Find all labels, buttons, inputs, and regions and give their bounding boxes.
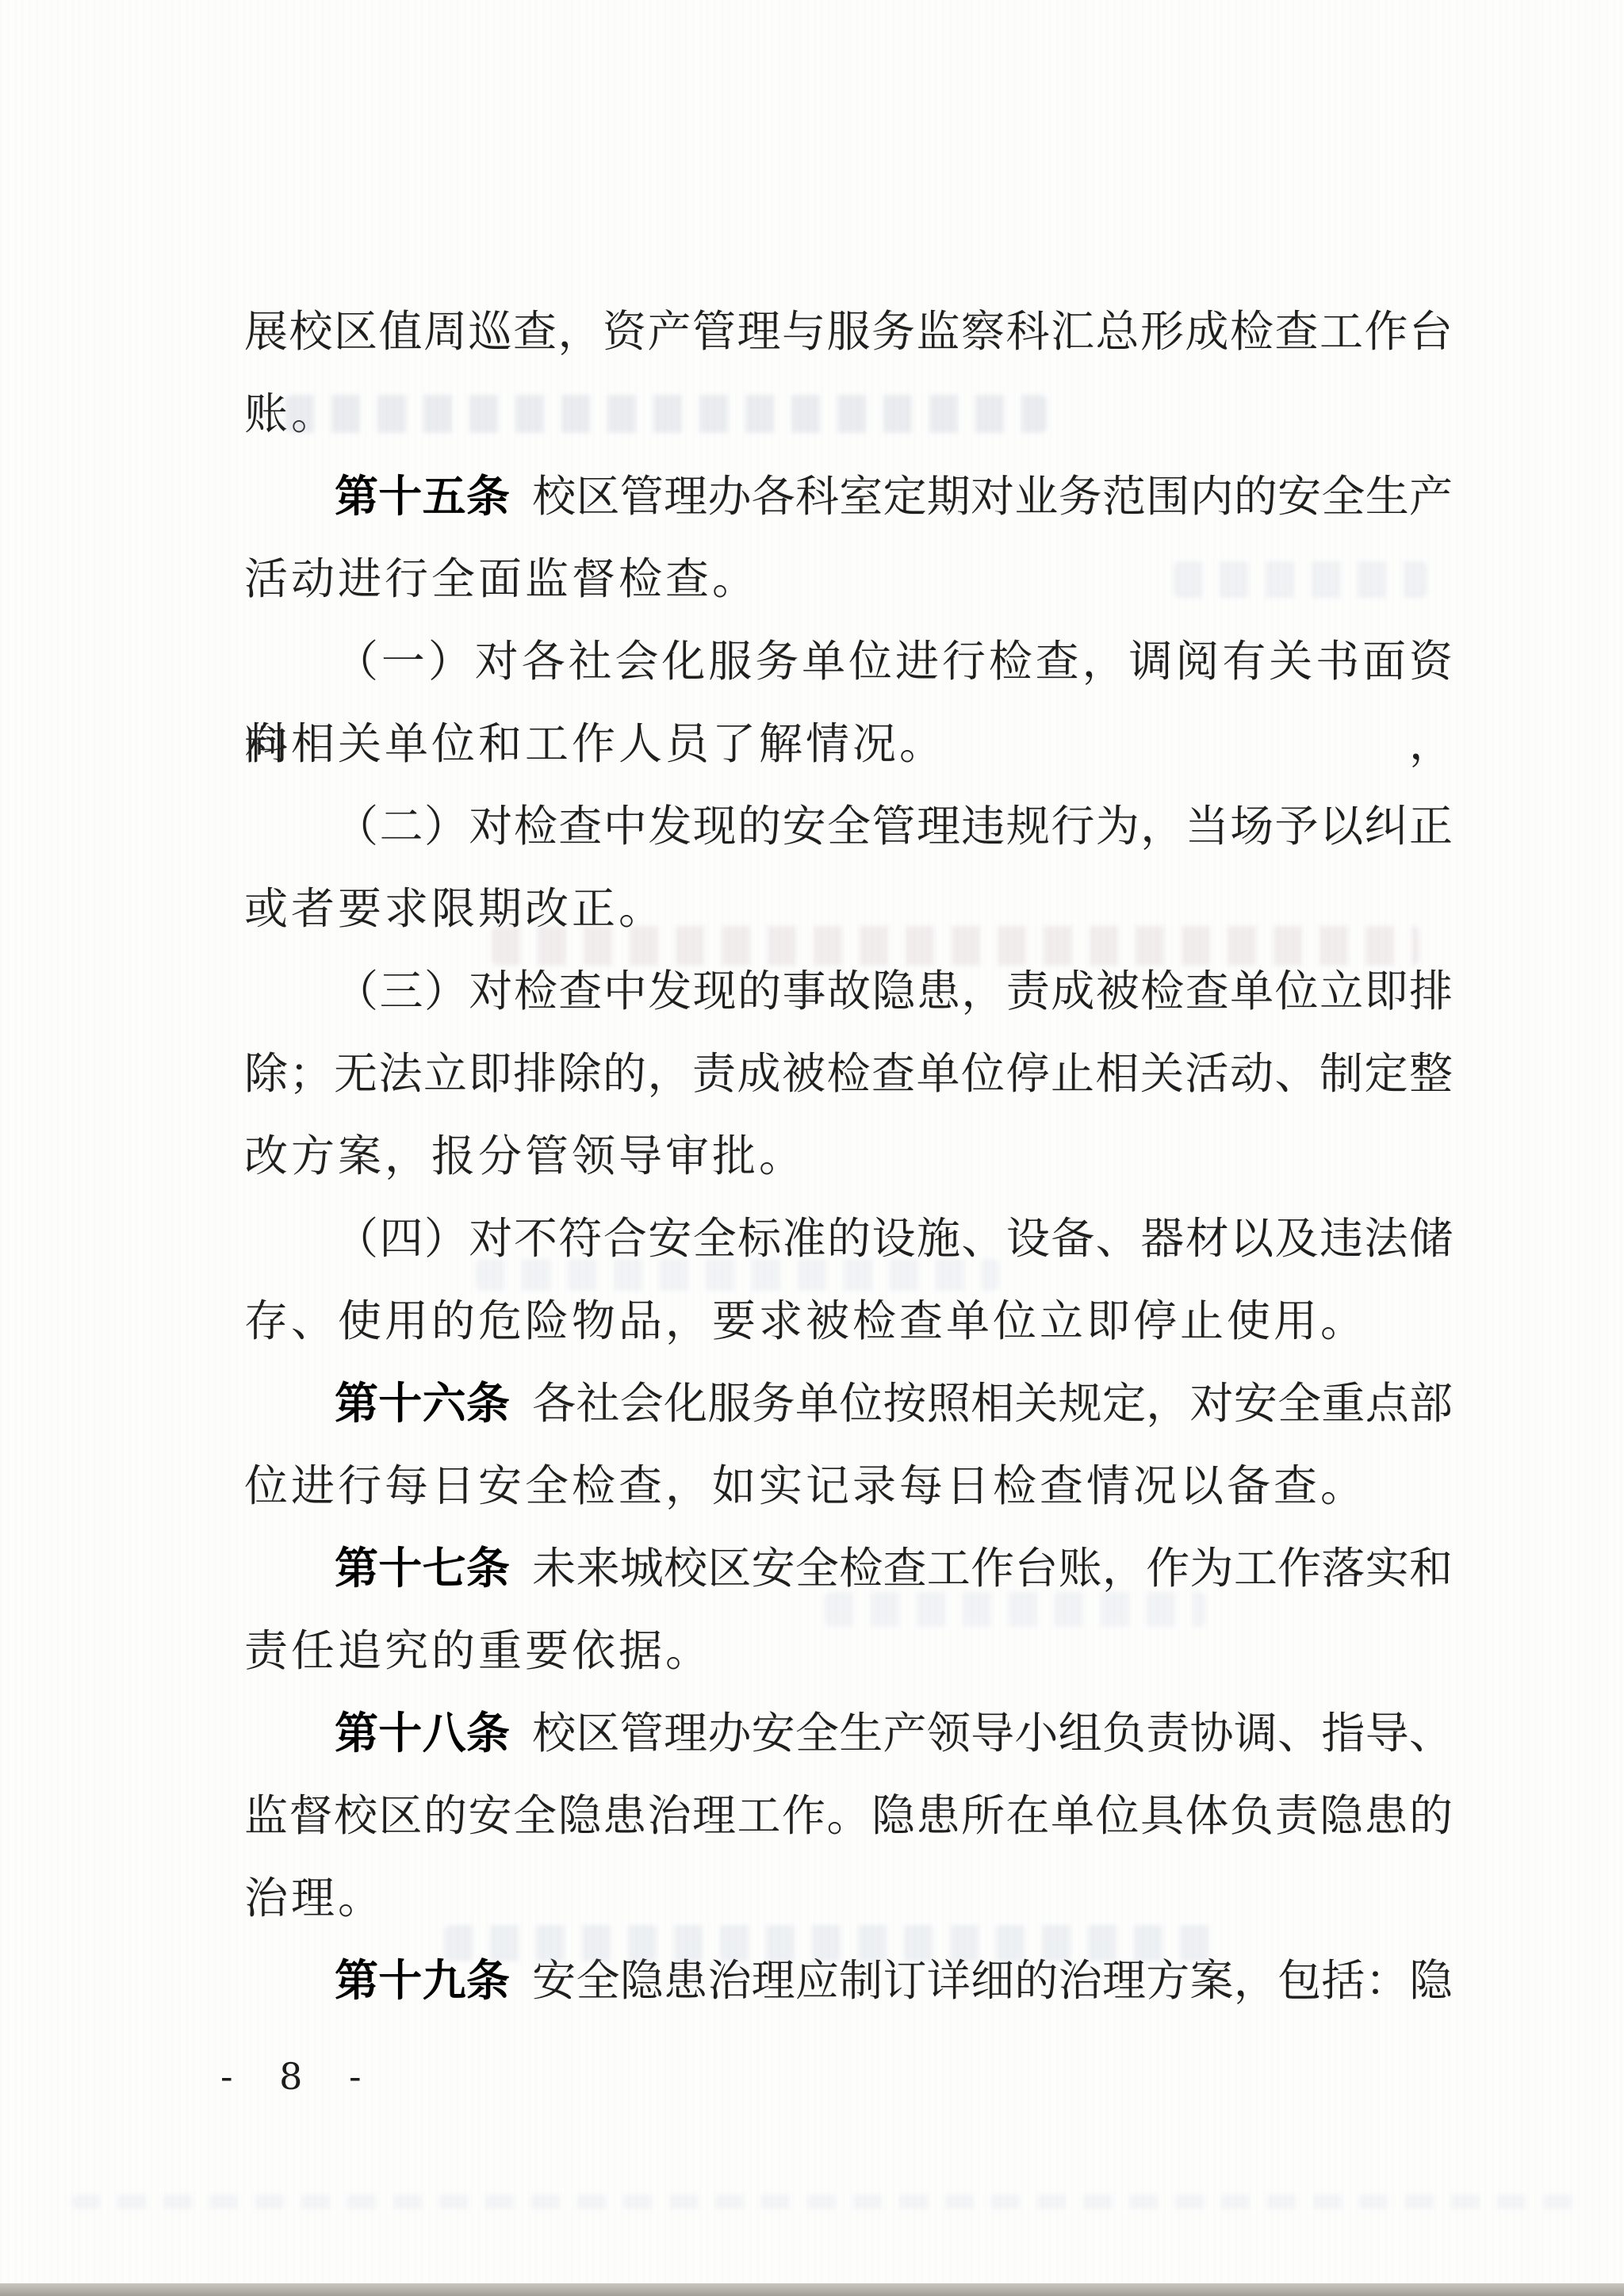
page-number: - 8 - — [220, 2055, 379, 2098]
article-number: 第十六条 — [335, 1377, 510, 1429]
text-line: 第十九条安全隐患治理应制订详细的治理方案，包括：隐 — [244, 1939, 1453, 2022]
scan-bottom-edge — [0, 2283, 1624, 2296]
line-text: 安全隐患治理应制订详细的治理方案，包括：隐 — [532, 1955, 1453, 2006]
line-text: 各社会化服务单位按照相关规定，对安全重点部 — [532, 1378, 1453, 1429]
text-line: （一）对各社会化服务单位进行检查，调阅有关书面资料， — [244, 620, 1453, 702]
article-number: 第十五条 — [335, 470, 510, 522]
text-line: 活动进行全面监督检查。 — [244, 538, 1453, 620]
text-line: （二）对检查中发现的安全管理违规行为，当场予以纠正 — [244, 785, 1453, 867]
text-line: 或者要求限期改正。 — [244, 867, 1453, 950]
text-line: （三）对检查中发现的事故隐患，责成被检查单位立即排 — [244, 950, 1453, 1032]
text-line: 除；无法立即排除的，责成被检查单位停止相关活动、制定整 — [244, 1032, 1453, 1115]
article-number: 第十七条 — [335, 1542, 510, 1594]
text-line: 第十七条未来城校区安全检查工作台账，作为工作落实和 — [244, 1527, 1453, 1609]
text-line: （四）对不符合安全标准的设施、设备、器材以及违法储 — [244, 1197, 1453, 1280]
document-body: 展校区值周巡查，资产管理与服务监察科汇总形成检查工作台账。第十五条校区管理办各科… — [244, 290, 1453, 2022]
line-text: 校区管理办安全生产领导小组负责协调、指导、 — [532, 1708, 1453, 1758]
scanned-document-page: 展校区值周巡查，资产管理与服务监察科汇总形成检查工作台账。第十五条校区管理办各科… — [0, 0, 1624, 2296]
article-number: 第十八条 — [335, 1707, 510, 1758]
article-number: 第十九条 — [335, 1954, 510, 2006]
text-line: 第十五条校区管理办各科室定期对业务范围内的安全生产 — [244, 455, 1453, 538]
text-line: 位进行每日安全检查，如实记录每日检查情况以备查。 — [244, 1445, 1453, 1527]
text-line: 责任追究的重要依据。 — [244, 1609, 1453, 1692]
line-text: 校区管理办各科室定期对业务范围内的安全生产 — [532, 471, 1453, 522]
bleed-through-smudge — [71, 2195, 1578, 2209]
text-line: 展校区值周巡查，资产管理与服务监察科汇总形成检查工作台 — [244, 290, 1453, 373]
text-line: 监督校区的安全隐患治理工作。隐患所在单位具体负责隐患的 — [244, 1774, 1453, 1857]
line-text: 未来城校区安全检查工作台账，作为工作落实和 — [532, 1543, 1453, 1594]
text-line: 第十六条各社会化服务单位按照相关规定，对安全重点部 — [244, 1362, 1453, 1445]
text-line: 治理。 — [244, 1857, 1453, 1939]
text-line: 改方案，报分管领导审批。 — [244, 1115, 1453, 1197]
text-line: 账。 — [244, 373, 1453, 455]
text-line: 存、使用的危险物品，要求被检查单位立即停止使用。 — [244, 1280, 1453, 1362]
text-line: 第十八条校区管理办安全生产领导小组负责协调、指导、 — [244, 1692, 1453, 1774]
